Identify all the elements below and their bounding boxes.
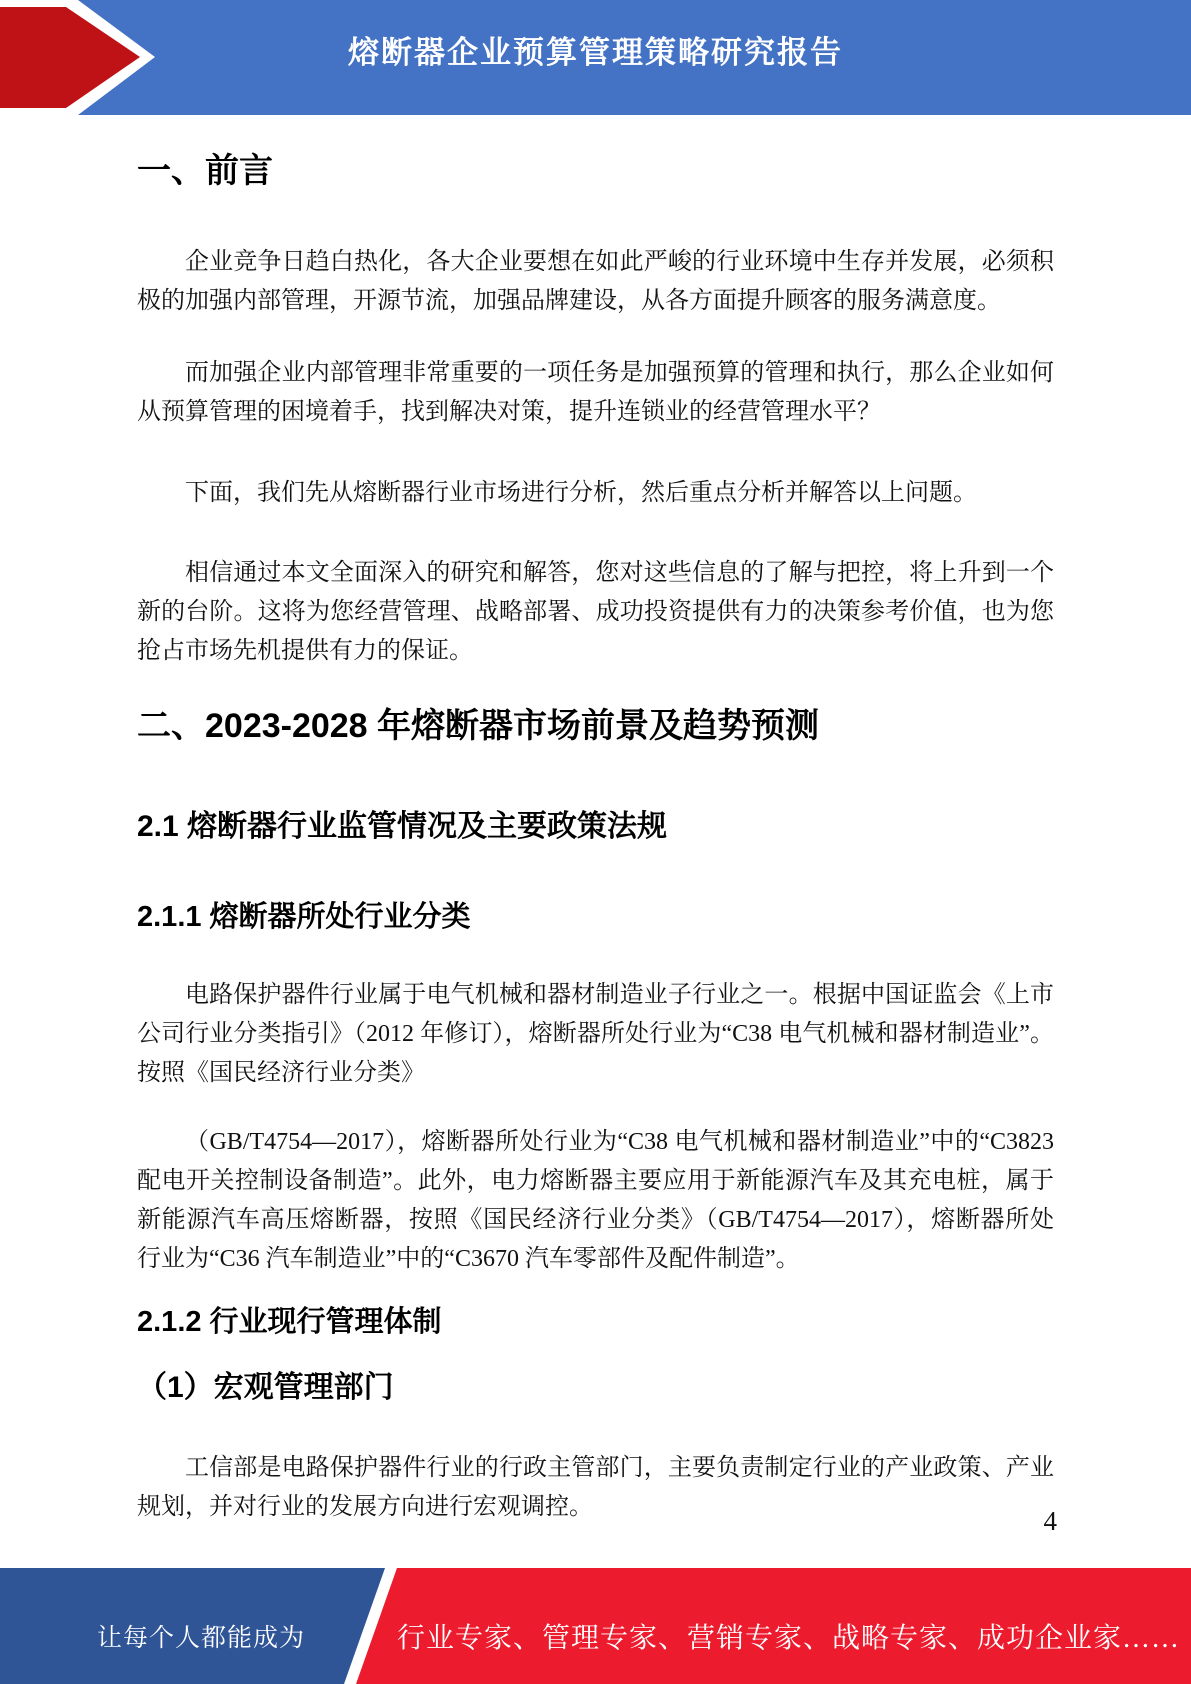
paragraph-miit: 工信部是电路保护器件行业的行政主管部门，主要负责制定行业的产业政策、产业规划，并… [137, 1449, 1054, 1527]
heading-market-forecast: 二、2023-2028 年熔断器市场前景及趋势预测 [137, 702, 1054, 750]
document-body: 一、前言 企业竞争日趋白热化，各大企业要想在如此严峻的行业环境中生存并发展，必须… [137, 115, 1054, 1527]
paragraph-analysis-intro: 下面，我们先从熔断器行业市场进行分析，然后重点分析并解答以上问题。 [137, 474, 1054, 513]
report-page: 熔断器企业预算管理策略研究报告 一、前言 企业竞争日趋白热化，各大企业要想在如此… [0, 0, 1191, 1684]
paragraph-budget-task: 而加强企业内部管理非常重要的一项任务是加强预算的管理和执行，那么企业如何从预算管… [137, 354, 1054, 432]
paragraph-classification-2: （GB/T4754—2017），熔断器所处行业为“C38 电气机械和器材制造业”… [137, 1123, 1054, 1279]
heading-industry-category: 2.1.1 熔断器所处行业分类 [137, 896, 1054, 938]
footer-slogan-left: 让每个人都能成为 [0, 1618, 305, 1654]
heading-management-system: 2.1.2 行业现行管理体制 [137, 1301, 1054, 1343]
heading-preface: 一、前言 [137, 147, 1054, 195]
paragraph-competition: 企业竞争日趋白热化，各大企业要想在如此严峻的行业环境中生存并发展，必须积极的加强… [137, 243, 1054, 321]
footer-slogan-right: 行业专家、管理专家、营销专家、战略专家、成功企业家…… [397, 1616, 1177, 1656]
footer-banner: 让每个人都能成为 行业专家、管理专家、营销专家、战略专家、成功企业家…… [0, 1568, 1191, 1684]
heading-macro-department: （1）宏观管理部门 [137, 1367, 1054, 1409]
report-title: 熔断器企业预算管理策略研究报告 [0, 27, 1191, 72]
header-banner: 熔断器企业预算管理策略研究报告 [0, 0, 1191, 115]
heading-regulation-policy: 2.1 熔断器行业监管情况及主要政策法规 [137, 806, 1054, 848]
page-number: 4 [1044, 1506, 1058, 1537]
paragraph-value: 相信通过本文全面深入的研究和解答，您对这些信息的了解与把控，将上升到一个新的台阶… [137, 554, 1054, 671]
paragraph-classification-1: 电路保护器件行业属于电气机械和器材制造业子行业之一。根据中国证监会《上市公司行业… [137, 976, 1054, 1093]
